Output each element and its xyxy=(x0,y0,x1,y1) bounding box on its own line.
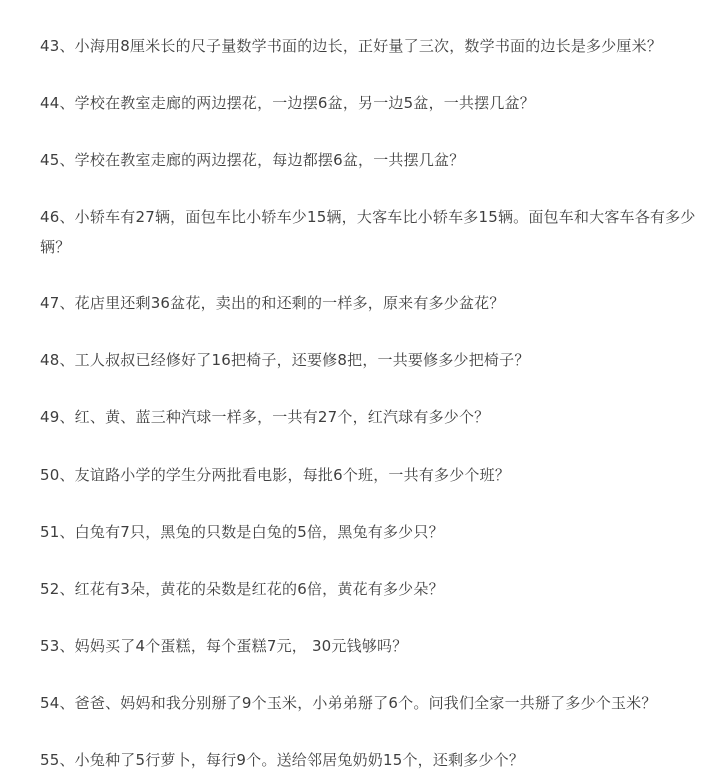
question-43: 43、小海用8厘米长的尺子量数学书面的边长，正好量了三次，数学书面的边长是多少厘… xyxy=(40,31,701,61)
question-53: 53、妈妈买了4个蛋糕，每个蛋糕7元， 30元钱够吗？ xyxy=(40,631,701,661)
question-44: 44、学校在教室走廊的两边摆花，一边摆6盆，另一边5盆，一共摆几盆？ xyxy=(40,88,701,118)
question-54: 54、爸爸、妈妈和我分别掰了9个玉米，小弟弟掰了6个。问我们全家一共掰了多少个玉… xyxy=(40,688,701,718)
question-45: 45、学校在教室走廊的两边摆花，每边都摆6盆，一共摆几盆？ xyxy=(40,145,701,175)
question-47: 47、花店里还剩36盆花，卖出的和还剩的一样多，原来有多少盆花？ xyxy=(40,288,701,318)
question-48: 48、工人叔叔已经修好了16把椅子，还要修8把，一共要修多少把椅子？ xyxy=(40,345,701,375)
question-55: 55、小兔种了5行萝卜，每行9个。送给邻居兔奶奶15个，还剩多少个？ xyxy=(40,745,701,775)
question-46: 46、小轿车有27辆，面包车比小轿车少15辆，大客车比小轿车多15辆。面包车和大… xyxy=(40,202,701,262)
question-51: 51、白兔有7只，黑兔的只数是白兔的5倍，黑兔有多少只？ xyxy=(40,517,701,547)
question-49: 49、红、黄、蓝三种汽球一样多，一共有27个，红汽球有多少个？ xyxy=(40,402,701,432)
question-52: 52、红花有3朵，黄花的朵数是红花的6倍，黄花有多少朵？ xyxy=(40,574,701,604)
question-50: 50、友谊路小学的学生分两批看电影，每批6个班，一共有多少个班？ xyxy=(40,460,701,490)
